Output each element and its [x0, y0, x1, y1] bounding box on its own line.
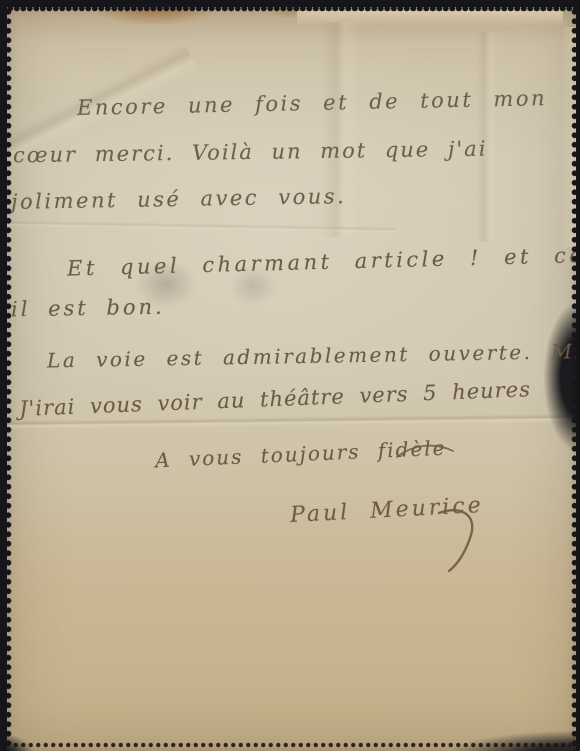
letter-line: La voie est admirablement ouverte. March… — [47, 338, 576, 373]
letter-card: Encore une fois et de tout mon cœur merc… — [7, 7, 576, 751]
edge-shadow — [450, 731, 576, 751]
rust-stain-small — [269, 7, 313, 18]
letter-line: J'irai vous voir au théâtre vers 5 heure… — [19, 377, 532, 421]
perforated-edge-bottom — [12, 742, 571, 748]
letter-line: il est bon. — [11, 295, 165, 322]
letter-line: joliment usé avec vous. — [11, 184, 347, 214]
letter-line: Et quel charmant article ! et comme — [67, 241, 576, 280]
perforated-edge-right — [568, 7, 576, 751]
letter-line: cœur merci. Voilà un mot que j'ai — [13, 137, 488, 168]
edge-shine — [562, 27, 576, 247]
photo-background: Encore une fois et de tout mon cœur merc… — [0, 0, 580, 751]
edge-shadow — [7, 735, 33, 751]
signature: Paul Meurice — [289, 493, 484, 528]
perforated-edge-left — [7, 7, 15, 751]
paper-crease — [7, 216, 395, 237]
glue-shine — [297, 11, 563, 29]
closing-line: A vous toujours fidèle — [155, 436, 447, 473]
perforated-edge-top — [7, 7, 576, 15]
edge-shadow — [544, 302, 576, 452]
rust-stain — [97, 7, 212, 24]
letter-line: Encore une fois et de tout mon — [77, 86, 547, 120]
